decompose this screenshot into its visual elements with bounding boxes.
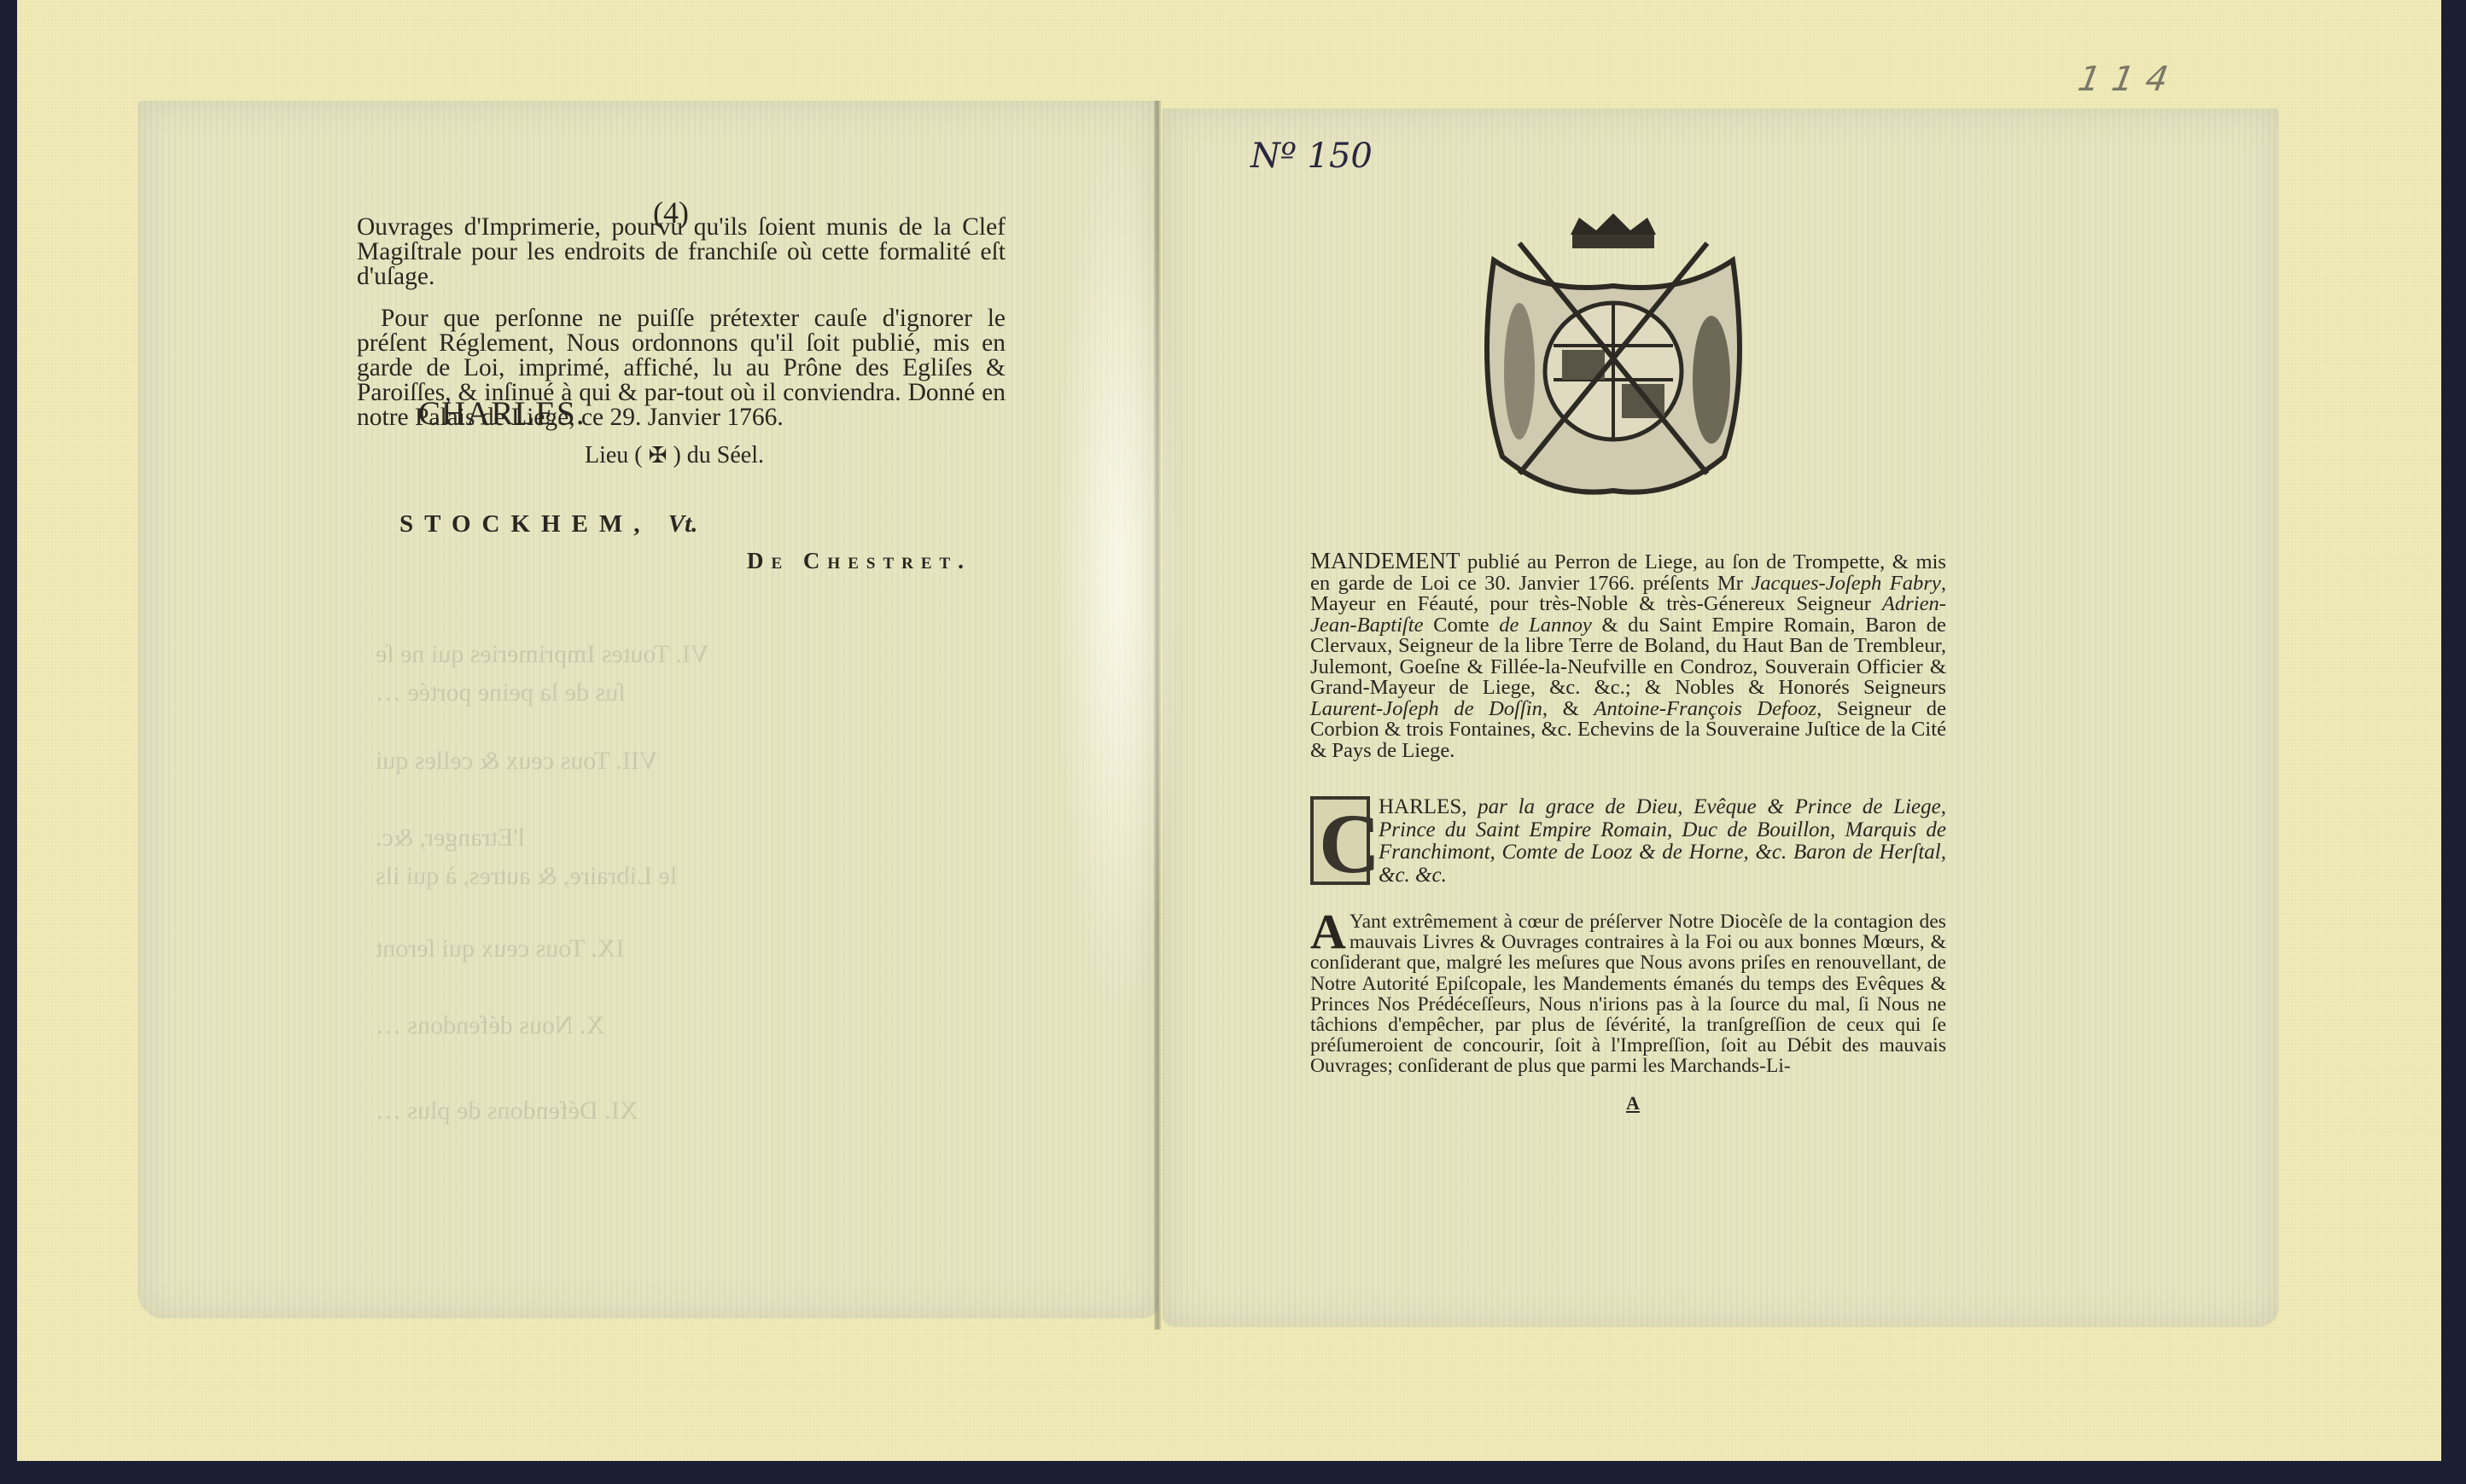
secretary-signature: De Chestret. (747, 548, 971, 574)
manuscript-number: Nº 150 (1250, 137, 1373, 176)
preamble-text: Yant extrêmement à cœur de préſerver Not… (1310, 911, 1946, 1077)
bishop-title-block: C HARLES, par la grace de Dieu, Evêque &… (1310, 796, 1946, 890)
countersignature: STOCKHEM, Vt. (399, 510, 697, 538)
bleed-through-line: XI. Défendons de plus … (376, 1092, 638, 1130)
preamble-paragraph: AYant extrêmement à cœur de préſerver No… (1310, 911, 1946, 1077)
bishop-name: HARLES, (1379, 795, 1466, 818)
initial-letter: C (1319, 794, 1380, 893)
bleed-through-line: l'Etranger, &c. (376, 819, 525, 857)
bleed-through-line: ſus de la peine portée … (376, 674, 625, 712)
countersign-name: STOCKHEM, (399, 510, 651, 538)
coat-of-arms-icon (1468, 209, 1758, 508)
text-run: Comte (1423, 614, 1499, 637)
person-name: Laurent-Joſeph de Doſſin (1310, 697, 1542, 720)
bleed-through-line: IX. Tous ceux qui ſeront (376, 930, 624, 968)
mandement-title: MANDEMENT (1310, 548, 1460, 573)
seal-label: Lieu ( (585, 442, 643, 468)
bleed-through-line: le Libraire, & autres, à qui ils (376, 858, 677, 895)
paragraph: Ouvrages d'Imprimerie, pourvu qu'ils ſoi… (357, 215, 1006, 289)
folio-number: 114 (2075, 60, 2183, 99)
bleed-through-line: X. Nous défendons … (376, 1007, 604, 1045)
seal-placement: Lieu ( ✠ ) du Séel. (585, 442, 764, 469)
person-name: Antoine-François Defooz (1594, 697, 1816, 720)
mandement-heading: MANDEMENT publié au Perron de Liege, au … (1310, 550, 1946, 761)
signature-mark: A (1626, 1092, 1640, 1114)
bleed-through-line: VI. Toutes Imprimeries qui ne ſe (376, 636, 709, 673)
decorated-initial-icon: C (1310, 796, 1370, 885)
seal-label: ) du Séel. (673, 442, 764, 468)
maltese-cross-icon: ✠ (649, 443, 668, 468)
signature-charles: CHARLES. (418, 394, 585, 433)
bleed-through-line: VII. Tous ceux & celles qui (376, 742, 658, 780)
water-stain (1054, 128, 1182, 1024)
mandement-paragraph: MANDEMENT publié au Perron de Liege, au … (1310, 550, 1946, 761)
person-name: Jacques-Joſeph Fabry (1751, 572, 1941, 595)
bishop-titles: HARLES, par la grace de Dieu, Evêque & P… (1379, 796, 1946, 887)
person-name: de Lannoy (1499, 614, 1592, 637)
text-run: , & (1542, 697, 1594, 720)
drop-cap: A (1310, 911, 1346, 952)
countersign-suffix: Vt. (668, 510, 698, 538)
